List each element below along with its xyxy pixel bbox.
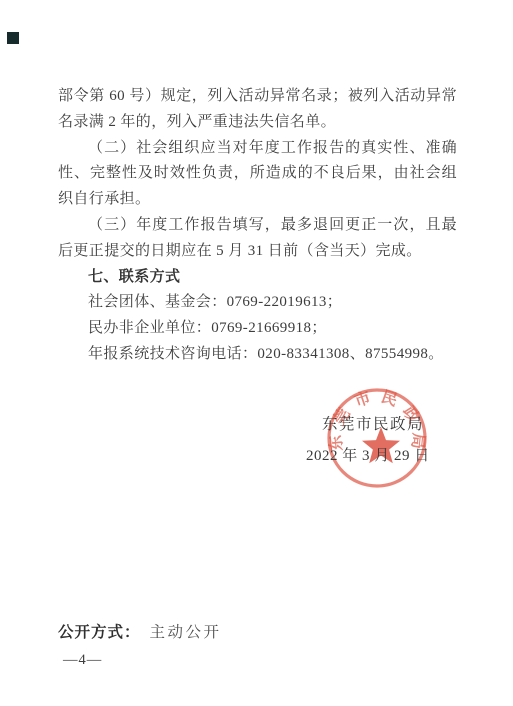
paragraph-item-3: （三）年度工作报告填写，最多退回更正一次，且最后更正提交的日期应在 5 月 31… <box>58 213 457 265</box>
contact-line-social-groups: 社会团体、基金会：0769-22019613； <box>58 290 457 316</box>
official-seal: 东莞市民政局 <box>325 386 429 490</box>
paragraph-item-2: （二）社会组织应当对年度工作报告的真实性、准确性、完整性及时效性负责，所造成的不… <box>58 136 457 213</box>
contact-line-private-nonenterprise: 民办非企业单位：0769-21669918； <box>58 316 457 342</box>
corner-mark <box>7 32 19 44</box>
body-text-block: 部令第 60 号）规定，列入活动异常名录；被列入活动异常名录满 2 年的，列入严… <box>58 84 457 368</box>
disclosure-method-label: 公开方式： <box>58 624 141 641</box>
disclosure-method-value: 主动公开 <box>150 624 222 641</box>
disclosure-method-line: 公开方式：主动公开 <box>58 620 222 642</box>
paragraph-continuation: 部令第 60 号）规定，列入活动异常名录；被列入活动异常名录满 2 年的，列入严… <box>58 84 457 136</box>
section-heading-contact: 七、联系方式 <box>58 265 457 291</box>
contact-line-tech-support: 年报系统技术咨询电话：020-83341308、87554998。 <box>58 342 457 368</box>
signature-date: 2022 年 3 月 29 日 <box>306 444 430 465</box>
page-number: —4— <box>63 652 102 669</box>
signature-organization: 东莞市民政局 <box>322 412 424 434</box>
document-page: 部令第 60 号）规定，列入活动异常名录；被列入活动异常名录满 2 年的，列入严… <box>0 0 513 706</box>
